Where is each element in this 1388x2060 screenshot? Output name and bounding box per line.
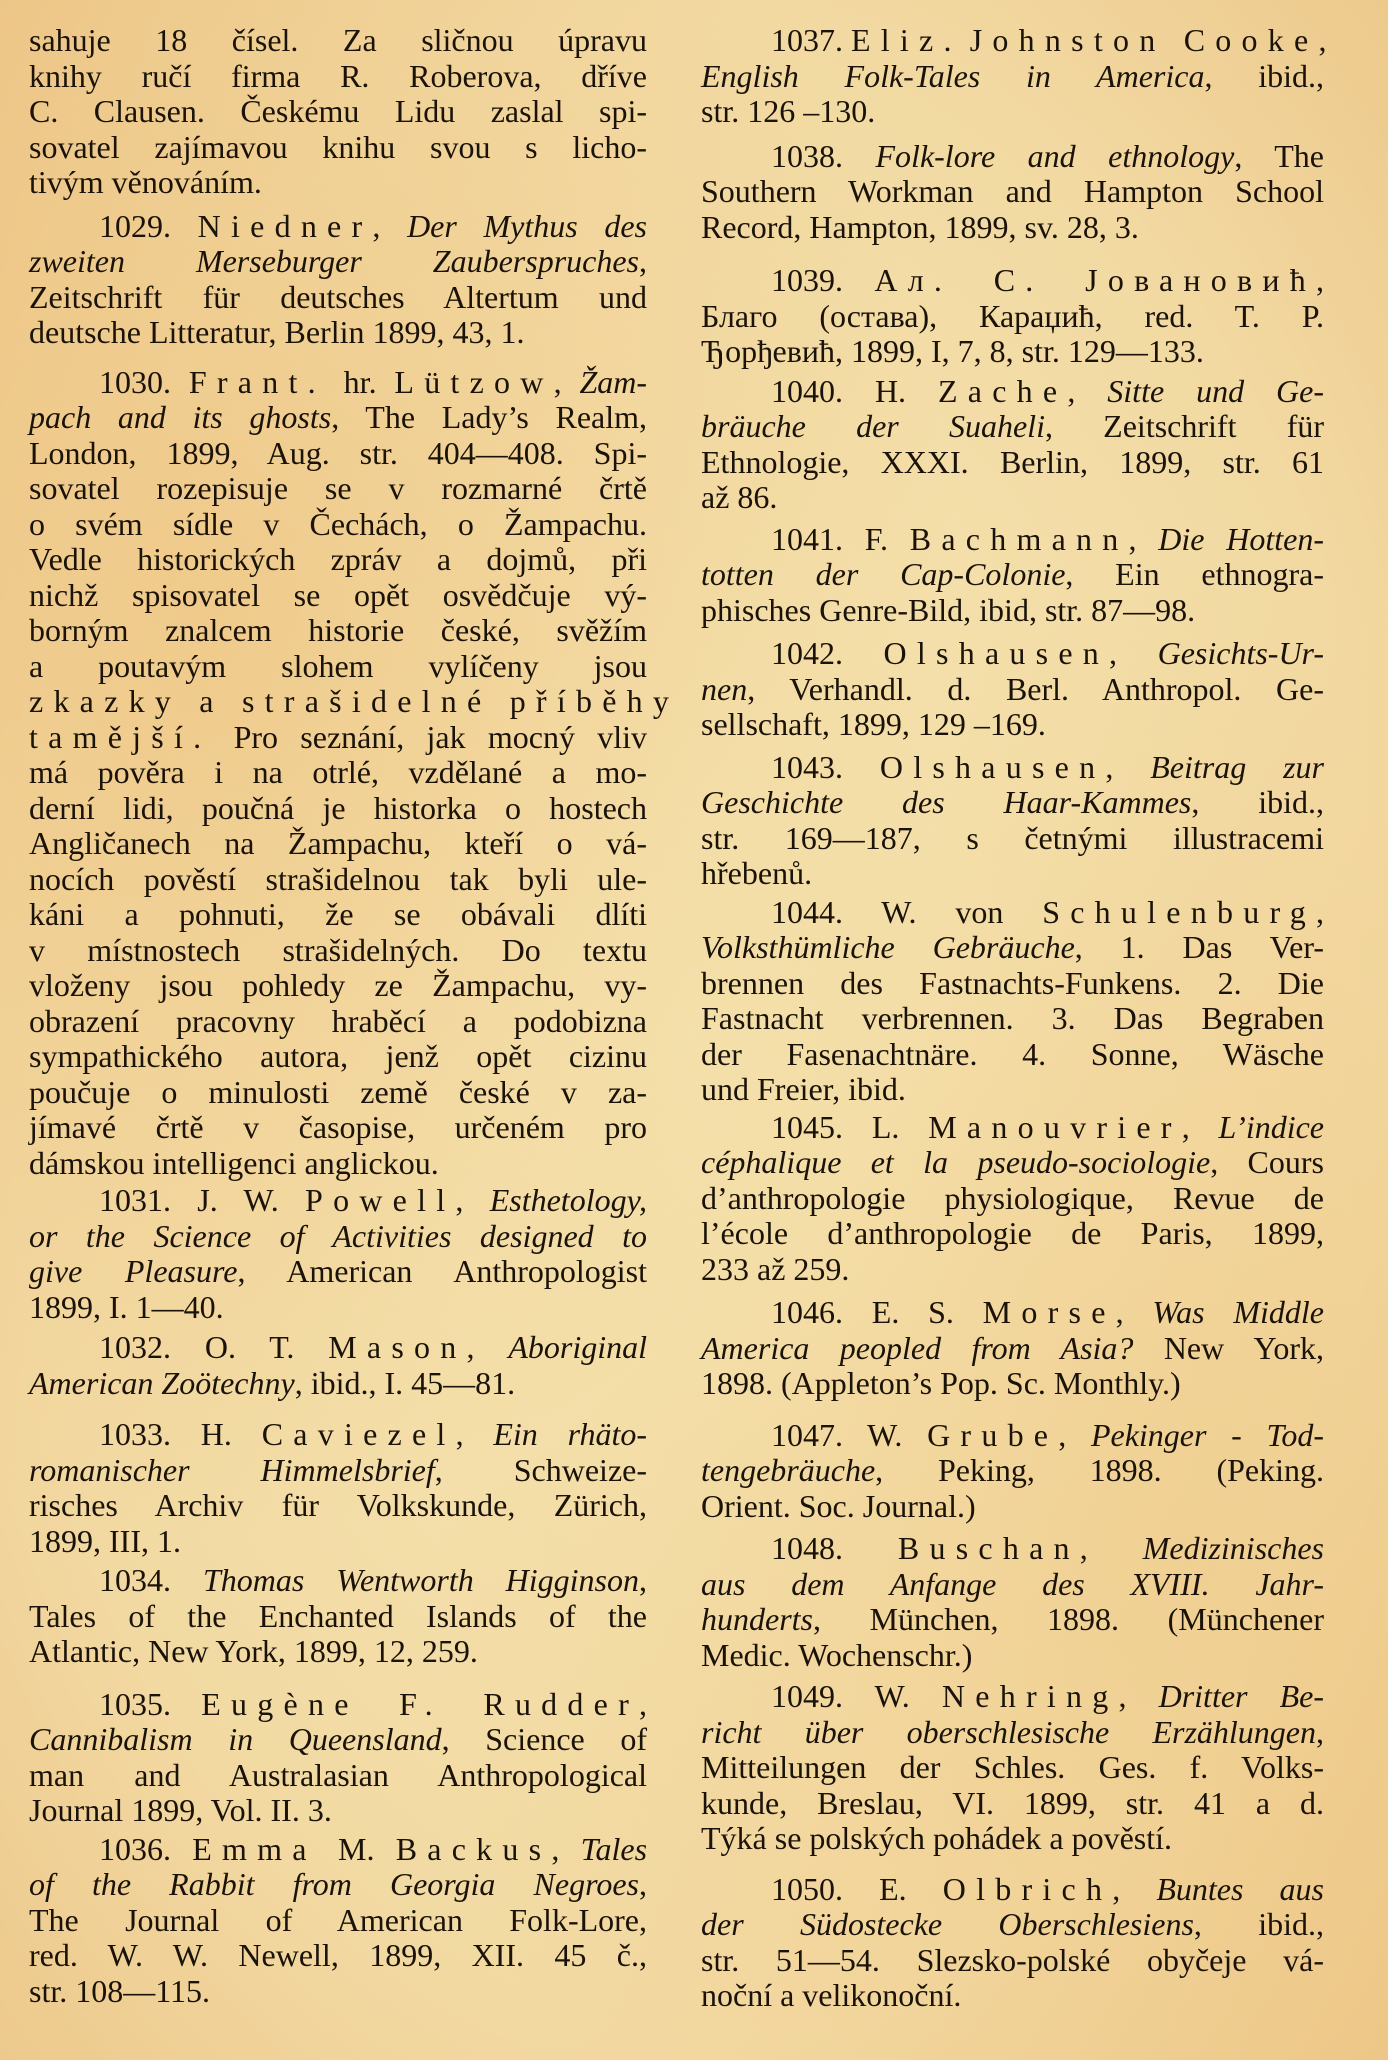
text-run: l’école d’anthropologie de Paris, 1899, xyxy=(701,1215,1324,1251)
bibliography-entry-1044: 1044. W. von Schulenburg,Volksthümliche … xyxy=(701,895,1324,1108)
bibliography-entry-1037: 1037. Eliz. Johnston Cooke,English Folk-… xyxy=(701,23,1324,130)
spaced-author-name: Buschan xyxy=(898,1530,1080,1566)
italic-title: tengebräuche xyxy=(701,1452,875,1488)
text-run: New York, xyxy=(1133,1330,1324,1366)
text-line: Southern Workman and Hampton School xyxy=(701,174,1324,210)
text-line: str. 126 –130. xyxy=(701,94,1324,130)
text-run: red. W. W. Newell, 1899, XII. 45 č., xyxy=(29,1937,647,1973)
text-run: 1034. xyxy=(99,1562,203,1598)
text-line: 1040. H. Zache, Sitte und Ge- xyxy=(701,374,1324,410)
text-run: káni a pohnuti, že se obávali dlíti xyxy=(29,896,647,932)
bibliography-entry-1039: 1039. Ал. С. Јовановић,Благо (остава), К… xyxy=(701,263,1324,370)
text-run: hr. xyxy=(326,364,395,400)
text-line: English Folk-Tales in America, ibid., xyxy=(701,59,1324,95)
text-run: 1899, I. 1—40. xyxy=(29,1289,224,1325)
text-run: Record, Hampton, 1899, sv. 28, 3. xyxy=(701,209,1139,245)
text-run: , xyxy=(639,1866,647,1902)
text-run: Medic. Wochenschr.) xyxy=(701,1637,972,1673)
bibliography-entry-1045: 1045. L. Manouvrier, L’indicecéphalique … xyxy=(701,1110,1324,1288)
text-line: kunde, Breslau, VI. 1899, str. 41 a d. xyxy=(701,1786,1324,1822)
text-run: , xyxy=(1316,262,1324,298)
text-line: romanischer Himmelsbrief, Schweize- xyxy=(29,1453,647,1489)
text-line: 1048. Buschan, Medizinisches xyxy=(701,1531,1324,1567)
text-run: str. 126 –130. xyxy=(701,93,875,129)
text-line: borným znalcem historie české, svěžím xyxy=(29,613,647,649)
text-run: , The xyxy=(1234,138,1324,174)
italic-title: Der Mythus des xyxy=(407,208,647,244)
text-run: 1035. xyxy=(99,1686,201,1722)
text-run: C. Clausen. Českému Lidu zaslal spi- xyxy=(29,93,647,129)
text-run: 1898. (Appleton’s Pop. Sc. Monthly.) xyxy=(701,1365,1181,1401)
italic-title: Thomas Wentworth Higginson xyxy=(203,1562,639,1598)
spaced-author-name: Powell xyxy=(305,1182,455,1218)
text-line: American Zoötechny, ibid., I. 45—81. xyxy=(29,1366,647,1402)
text-line: Cannibalism in Queensland, Science of xyxy=(29,1722,647,1758)
italic-title: bräuche der Suaheli xyxy=(701,408,1045,444)
spaced-author-name: Backus xyxy=(396,1831,552,1867)
spaced-author-name: Olbrich xyxy=(943,1871,1112,1907)
text-run: risches Archiv für Volkskunde, Zürich, xyxy=(29,1487,647,1523)
text-line: Mitteilungen der Schles. Ges. f. Volks- xyxy=(701,1750,1324,1786)
spaced-author-name: Morse xyxy=(983,1294,1116,1330)
italic-title: Volksthümliche Gebräuche xyxy=(701,929,1075,965)
text-line: Ethnologie, XXXI. Berlin, 1899, str. 61 xyxy=(701,445,1324,481)
text-line: céphalique et la pseudo-sociologie, Cour… xyxy=(701,1145,1324,1181)
text-run: , Ein ethnogra- xyxy=(1065,556,1324,592)
text-run: 1046. E. S. xyxy=(771,1294,983,1330)
text-line: 1042. Olshausen, Gesichts-Ur- xyxy=(701,636,1324,672)
italic-title: der Südostecke Oberschlesiens xyxy=(701,1906,1194,1942)
spaced-author-name: Emma xyxy=(192,1831,317,1867)
text-run: str. 108—115. xyxy=(29,1973,210,2009)
italic-title: Gesichts-Ur- xyxy=(1158,635,1324,671)
text-run: , xyxy=(639,1562,647,1598)
text-run: Tales of the Enchanted Islands of the xyxy=(29,1598,647,1634)
text-line: 1029. Niedner, Der Mythus des xyxy=(29,209,647,245)
text-run: 1030. xyxy=(99,364,189,400)
text-line: brennen des Fastnachts-Funkens. 2. Die xyxy=(701,966,1324,1002)
text-run: d’anthropologie physiologique, Revue de xyxy=(701,1180,1324,1216)
text-run: , xyxy=(455,1182,489,1218)
text-line: bräuche der Suaheli, Zeitschrift für xyxy=(701,409,1324,445)
italic-title: Beitrag zur xyxy=(1150,749,1324,785)
text-run: 1042. xyxy=(771,635,884,671)
italic-title: L’indice xyxy=(1219,1109,1324,1145)
italic-title: hunderts xyxy=(701,1601,813,1637)
italic-title: nen xyxy=(701,671,747,707)
spaced-author-name: Schulenburg xyxy=(1042,894,1316,930)
text-run: Pro seznání, jak mocný vliv xyxy=(211,719,647,755)
text-line: sovatel zajímavou knihu svou s licho- xyxy=(29,130,647,166)
italic-title: Sitte und Ge- xyxy=(1107,373,1324,409)
text-run: Journal 1899, Vol. II. 3. xyxy=(29,1792,332,1828)
text-run: , xyxy=(1116,1294,1153,1330)
text-line: tengebräuche, Peking, 1898. (Peking. xyxy=(701,1453,1324,1489)
italic-title: Die Hotten- xyxy=(1158,521,1324,557)
text-line: 1035. Eugène F. Rudder, xyxy=(29,1687,647,1723)
bibliography-entry-1031: 1031. J. W. Powell, Esthetology,or the S… xyxy=(29,1183,647,1325)
text-run: 1048. xyxy=(771,1530,898,1566)
text-line: hunderts, München, 1898. (Münchener xyxy=(701,1602,1324,1638)
text-run: London, 1899, Aug. str. 404—408. Spi- xyxy=(29,435,647,471)
text-line: 1045. L. Manouvrier, L’indice xyxy=(701,1110,1324,1146)
left-column: sahuje 18 čísel. Za sličnou úpravuknihy … xyxy=(29,0,647,2009)
text-run: , xyxy=(467,1329,509,1365)
text-run: sovatel rozepisuje se v rozmarné črtě xyxy=(29,470,647,506)
bibliography-entry-1034: 1034. Thomas Wentworth Higginson,Tales o… xyxy=(29,1563,647,1670)
text-run: v místnostech strašidelných. Do textu xyxy=(29,932,647,968)
bibliography-entry-1035: 1035. Eugène F. Rudder,Cannibalism in Qu… xyxy=(29,1687,647,1829)
text-line: má pověra i na otrlé, vzdělané a mo- xyxy=(29,755,647,791)
italic-title: America peopled from Asia? xyxy=(701,1330,1133,1366)
text-run: , ibid., I. 45—81. xyxy=(295,1365,515,1401)
text-line: phisches Genre-Bild, ibid, str. 87—98. xyxy=(701,593,1324,629)
text-run: , xyxy=(1109,635,1158,671)
text-run: 1029. xyxy=(99,208,198,244)
text-line: 1049. W. Nehring, Dritter Be- xyxy=(701,1679,1324,1715)
text-line: und Freier, ibid. xyxy=(701,1072,1324,1108)
italic-title: Ein rhäto- xyxy=(493,1416,647,1452)
text-run: , ibid., xyxy=(1204,58,1324,94)
spaced-author-name: Zache xyxy=(938,373,1067,409)
text-run: 1049. W. xyxy=(771,1678,942,1714)
text-run: 1899, III, 1. xyxy=(29,1523,181,1559)
text-line: give Pleasure, American Anthropologist xyxy=(29,1254,647,1290)
text-run: 1031. J. W. xyxy=(99,1182,305,1218)
text-run: nichž spisovatel se opět osvědčuje vý- xyxy=(29,577,647,613)
text-line: 1033. H. Caviezel, Ein rhäto- xyxy=(29,1417,647,1453)
spaced-author-name: Eugène F. Rudder xyxy=(201,1686,639,1722)
text-run: 1047. W. xyxy=(771,1417,927,1453)
italic-title: of the Rabbit from Georgia Negroes xyxy=(29,1866,639,1902)
text-run: The Journal of American Folk-Lore, xyxy=(29,1902,647,1938)
text-run: o svém sídle v Čechách, o Žampachu. xyxy=(29,506,647,542)
italic-title: American Zoötechny xyxy=(29,1365,295,1401)
text-line: 1043. Olshausen, Beitrag zur xyxy=(701,750,1324,786)
text-line: nen, Verhandl. d. Berl. Anthropol. Ge- xyxy=(701,672,1324,708)
text-run: obrazení pracovny hraběcí a podobizna xyxy=(29,1003,647,1039)
text-line: or the Science of Activities designed to xyxy=(29,1219,647,1255)
bibliography-entry-1049: 1049. W. Nehring, Dritter Be-richt über … xyxy=(701,1679,1324,1857)
text-run: noční a velikonoční. xyxy=(701,1977,961,2013)
text-line: káni a pohnuti, že se obávali dlíti xyxy=(29,897,647,933)
italic-title: Medizinisches xyxy=(1143,1530,1324,1566)
text-run: dámskou intelligenci anglickou. xyxy=(29,1145,439,1181)
text-run: Ђорђевић, 1899, I, 7, 8, str. 129—133. xyxy=(701,333,1204,369)
continued-paragraph: sahuje 18 čísel. Za sličnou úpravuknihy … xyxy=(29,23,647,201)
text-run: deutsche Litteratur, Berlin 1899, 43, 1. xyxy=(29,314,524,350)
text-run: 1036. xyxy=(99,1831,192,1867)
text-run: 1041. F. xyxy=(771,521,910,557)
spaced-author-name: Caviezel xyxy=(262,1416,456,1452)
text-line: America peopled from Asia? New York, xyxy=(701,1331,1324,1367)
text-line: 1898. (Appleton’s Pop. Sc. Monthly.) xyxy=(701,1366,1324,1402)
italic-title: céphalique et la pseudo-sociologie xyxy=(701,1144,1210,1180)
italic-title: Esthetology, xyxy=(490,1182,647,1218)
text-run xyxy=(962,22,970,58)
text-line: zkazky a strašidelné příběhy xyxy=(29,684,647,720)
spaced-author-name: tamější. xyxy=(29,719,211,755)
text-run: 1045. L. xyxy=(771,1109,928,1145)
text-run: , Verhandl. d. Berl. Anthropol. Ge- xyxy=(747,671,1324,707)
text-line: richt über oberschlesische Erzählungen, xyxy=(701,1715,1324,1751)
text-line: Ђорђевић, 1899, I, 7, 8, str. 129—133. xyxy=(701,334,1324,370)
text-run: , xyxy=(1318,22,1326,58)
text-run: 1033. H. xyxy=(99,1416,262,1452)
italic-title: Tales xyxy=(581,1831,647,1867)
text-line: d’anthropologie physiologique, Revue de xyxy=(701,1181,1324,1217)
spaced-author-name: Nehring xyxy=(942,1678,1119,1714)
text-line: derní lidi, poučná je historka o hostech xyxy=(29,791,647,827)
text-run: knihy ručí firma R. Roberova, dříve xyxy=(29,58,647,94)
text-run: 1037. xyxy=(771,22,851,58)
text-run: Orient. Soc. Journal.) xyxy=(701,1488,976,1524)
italic-title: give Pleasure xyxy=(29,1253,237,1289)
text-run: , 1. Das Ver- xyxy=(1075,929,1324,965)
text-line: poučuje o minulosti země české v za- xyxy=(29,1075,647,1111)
text-run: Southern Workman and Hampton School xyxy=(701,173,1324,209)
text-run: , xyxy=(551,1831,580,1867)
bibliography-entry-1038: 1038. Folk-lore and ethnology, TheSouthe… xyxy=(701,139,1324,246)
text-line: 1047. W. Grube, Pekinger - Tod- xyxy=(701,1418,1324,1454)
text-run: Ethnologie, XXXI. Berlin, 1899, str. 61 xyxy=(701,444,1324,480)
text-run: , München, 1898. (Münchener xyxy=(813,1601,1324,1637)
text-line: nocích pověstí strašidelnou tak byli ule… xyxy=(29,862,647,898)
text-line: of the Rabbit from Georgia Negroes, xyxy=(29,1867,647,1903)
text-run: 1043. xyxy=(771,749,880,785)
top-margin xyxy=(29,0,647,23)
text-run: , xyxy=(639,243,647,279)
italic-title: Pekinger - Tod- xyxy=(1091,1417,1324,1453)
italic-title: aus dem Anfange des XVIII. Jahr- xyxy=(701,1566,1324,1602)
text-run: sellschaft, 1899, 129 –169. xyxy=(701,706,1046,742)
text-line: 1031. J. W. Powell, Esthetology, xyxy=(29,1183,647,1219)
text-run: , xyxy=(1316,894,1324,930)
text-line: 1036. Emma M. Backus, Tales xyxy=(29,1832,647,1868)
spaced-author-name: Mason xyxy=(328,1329,466,1365)
bibliography-entry-1050: 1050. E. Olbrich, Buntes ausder Südostec… xyxy=(701,1872,1324,2014)
text-run: , The Lady’s Realm, xyxy=(331,399,647,435)
text-run: Týká se polských pohádek a pověstí. xyxy=(701,1820,1172,1856)
text-run: sympathického autora, jenž opět cizinu xyxy=(29,1038,647,1074)
text-line: noční a velikonoční. xyxy=(701,1978,1324,2014)
text-run: , American Anthropologist xyxy=(237,1253,647,1289)
text-line: Volksthümliche Gebräuche, 1. Das Ver- xyxy=(701,930,1324,966)
italic-title: Buntes aus xyxy=(1156,1871,1324,1907)
italic-title: Žam- xyxy=(579,364,647,400)
italic-title: Was Middle xyxy=(1152,1294,1324,1330)
text-line: Orient. Soc. Journal.) xyxy=(701,1489,1324,1525)
text-line: až 86. xyxy=(701,480,1324,516)
text-line: Týká se polských pohádek a pověstí. xyxy=(701,1821,1324,1857)
text-line: der Südostecke Oberschlesiens, ibid., xyxy=(701,1907,1324,1943)
text-run: Atlantic, New York, 1899, 12, 259. xyxy=(29,1633,478,1669)
text-run: Zeitschrift für deutsches Altertum und xyxy=(29,279,647,315)
spaced-author-name: Bachmann xyxy=(910,521,1129,557)
text-run: , Schweize- xyxy=(435,1452,647,1488)
text-line: C. Clausen. Českému Lidu zaslal spi- xyxy=(29,94,647,130)
text-line: Vedle historických zpráv a dojmů, při xyxy=(29,542,647,578)
italic-title: Folk-lore and ethnology xyxy=(876,138,1235,174)
text-line: v místnostech strašidelných. Do textu xyxy=(29,933,647,969)
text-run: Fastnacht verbrennen. 3. Das Begraben xyxy=(701,1000,1324,1036)
italic-title: English Folk-Tales in America xyxy=(701,58,1204,94)
text-line: 1044. W. von Schulenburg, xyxy=(701,895,1324,931)
text-line: totten der Cap-Colonie, Ein ethnogra- xyxy=(701,557,1324,593)
text-run: , Cours xyxy=(1210,1144,1324,1180)
text-line: nichž spisovatel se opět osvědčuje vý- xyxy=(29,578,647,614)
text-line: Medic. Wochenschr.) xyxy=(701,1638,1324,1674)
text-run: 1032. O. T. xyxy=(99,1329,328,1365)
text-run: 1040. H. xyxy=(771,373,938,409)
text-run: , xyxy=(1316,1714,1324,1750)
text-run: hřebenů. xyxy=(701,855,812,891)
right-column: 1037. Eliz. Johnston Cooke,English Folk-… xyxy=(701,0,1324,2014)
text-run: borným znalcem historie české, svěžím xyxy=(29,612,647,648)
text-line: Tales of the Enchanted Islands of the xyxy=(29,1599,647,1635)
text-run: , xyxy=(1182,1109,1219,1145)
spaced-author-name: Johnston Cooke xyxy=(970,22,1319,58)
text-line: str. 108—115. xyxy=(29,1974,647,2010)
text-run: až 86. xyxy=(701,479,777,515)
text-line: 1046. E. S. Morse, Was Middle xyxy=(701,1295,1324,1331)
text-line: Journal 1899, Vol. II. 3. xyxy=(29,1793,647,1829)
text-line: Geschichte des Haar-Kammes, ibid., xyxy=(701,785,1324,821)
text-run: str. 51—54. Slezsko-polské obyčeje vá- xyxy=(701,1942,1324,1978)
bibliography-entry-1036: 1036. Emma M. Backus, Talesof the Rabbit… xyxy=(29,1832,647,2010)
italic-title: or the Science of Activities designed to xyxy=(29,1218,647,1254)
text-run: , Science of xyxy=(442,1721,647,1757)
italic-title: romanischer Himmelsbrief xyxy=(29,1452,435,1488)
text-line: tivým věnováním. xyxy=(29,165,647,201)
italic-title: Geschichte des Haar-Kammes xyxy=(701,784,1191,820)
bibliography-entry-1048: 1048. Buschan, Medizinischesaus dem Anfa… xyxy=(701,1531,1324,1673)
text-line: Atlantic, New York, 1899, 12, 259. xyxy=(29,1634,647,1670)
text-line: Angličanech na Žampachu, kteří o vá- xyxy=(29,826,647,862)
text-run: , xyxy=(1118,1678,1158,1714)
text-run: 1038. xyxy=(771,138,876,174)
text-run: vloženy jsou pohledy ze Žampachu, vy- xyxy=(29,967,647,1003)
text-line: obrazení pracovny hraběcí a podobizna xyxy=(29,1004,647,1040)
bibliography-entry-1030: 1030. Frant. hr. Lützow, Žam-pach and it… xyxy=(29,365,647,1182)
text-line: zweiten Merseburger Zauberspruches, xyxy=(29,244,647,280)
text-line: 1034. Thomas Wentworth Higginson, xyxy=(29,1563,647,1599)
spaced-author-name: Olshausen xyxy=(884,635,1109,671)
italic-title: Cannibalism in Queensland xyxy=(29,1721,442,1757)
text-line: sovatel rozepisuje se v rozmarné črtě xyxy=(29,471,647,507)
bibliography-entry-1032: 1032. O. T. Mason, AboriginalAmerican Zo… xyxy=(29,1330,647,1401)
text-run: poučuje o minulosti země české v za- xyxy=(29,1074,647,1110)
text-run: , xyxy=(639,1686,647,1722)
text-line: red. W. W. Newell, 1899, XII. 45 č., xyxy=(29,1938,647,1974)
spaced-author-name: Eliz. xyxy=(851,22,962,58)
text-line: str. 169—187, s četnými illustracemi xyxy=(701,821,1324,857)
text-line: Благо (остава), Караџић, red. T. P. xyxy=(701,299,1324,335)
text-line: 1899, I. 1—40. xyxy=(29,1290,647,1326)
text-run: , ibid., xyxy=(1191,784,1324,820)
spaced-author-name: Ал. С. Јовановић xyxy=(874,262,1316,298)
text-line: jímavé črtě v časopise, určeném pro xyxy=(29,1110,647,1146)
text-run: Angličanech na Žampachu, kteří o vá- xyxy=(29,825,647,861)
text-run: , xyxy=(1080,1530,1143,1566)
top-margin xyxy=(701,0,1324,23)
text-run: man and Australasian Anthropological xyxy=(29,1757,647,1793)
text-run: , xyxy=(1058,1417,1091,1453)
text-run: má pověra i na otrlé, vzdělané a mo- xyxy=(29,754,647,790)
text-line: man and Australasian Anthropological xyxy=(29,1758,647,1794)
text-run: und Freier, ibid. xyxy=(701,1071,906,1107)
bibliography-entry-1046: 1046. E. S. Morse, Was MiddleAmerica peo… xyxy=(701,1295,1324,1402)
italic-title: totten der Cap-Colonie xyxy=(701,556,1065,592)
italic-title: zweiten Merseburger Zauberspruches xyxy=(29,243,639,279)
text-run: , xyxy=(372,208,407,244)
text-run: kunde, Breslau, VI. 1899, str. 41 a d. xyxy=(701,1785,1324,1821)
text-line: str. 51—54. Slezsko-polské obyčeje vá- xyxy=(701,1943,1324,1979)
text-line: dámskou intelligenci anglickou. xyxy=(29,1146,647,1182)
text-line: 1899, III, 1. xyxy=(29,1524,647,1560)
italic-title: Dritter Be- xyxy=(1159,1678,1324,1714)
text-run: Vedle historických zpráv a dojmů, při xyxy=(29,541,647,577)
text-line: risches Archiv für Volkskunde, Zürich, xyxy=(29,1488,647,1524)
text-line: hřebenů. xyxy=(701,856,1324,892)
text-run: 1050. E. xyxy=(771,1871,943,1907)
spaced-author-name: Frant. xyxy=(189,364,326,400)
text-run: nocích pověstí strašidelnou tak byli ule… xyxy=(29,861,647,897)
text-run: , xyxy=(1067,373,1107,409)
text-run: 1044. W. von xyxy=(771,894,1042,930)
text-line: 1041. F. Bachmann, Die Hotten- xyxy=(701,522,1324,558)
text-run: jímavé črtě v časopise, určeném pro xyxy=(29,1109,647,1145)
text-line: tamější. Pro seznání, jak mocný vliv xyxy=(29,720,647,756)
spaced-author-name: zkazky a strašidelné příběhy xyxy=(29,683,679,719)
text-line: Record, Hampton, 1899, sv. 28, 3. xyxy=(701,210,1324,246)
text-line: 1050. E. Olbrich, Buntes aus xyxy=(701,1872,1324,1908)
text-line: o svém sídle v Čechách, o Žampachu. xyxy=(29,507,647,543)
text-line: 233 až 259. xyxy=(701,1252,1324,1288)
text-line: aus dem Anfange des XVIII. Jahr- xyxy=(701,1567,1324,1603)
text-run: Благо (остава), Караџић, red. T. P. xyxy=(701,298,1324,334)
text-run: der Fasenachtnäre. 4. Sonne, Wäsche xyxy=(701,1036,1324,1072)
text-run: , ibid., xyxy=(1194,1906,1324,1942)
bibliography-entry-1042: 1042. Olshausen, Gesichts-Ur-nen, Verhan… xyxy=(701,636,1324,743)
text-run: , Zeitschrift für xyxy=(1045,408,1324,444)
spaced-author-name: Manouvrier xyxy=(928,1109,1181,1145)
text-line: Fastnacht verbrennen. 3. Das Begraben xyxy=(701,1001,1324,1037)
text-run: tivým věnováním. xyxy=(29,164,262,200)
text-run: 1039. xyxy=(771,262,874,298)
bibliography-entry-1033: 1033. H. Caviezel, Ein rhäto-romanischer… xyxy=(29,1417,647,1559)
text-line: sympathického autora, jenž opět cizinu xyxy=(29,1039,647,1075)
text-line: a poutavým slohem vylíčeny jsou xyxy=(29,649,647,685)
text-line: deutsche Litteratur, Berlin 1899, 43, 1. xyxy=(29,315,647,351)
text-line: 1037. Eliz. Johnston Cooke, xyxy=(701,23,1324,59)
text-run: , xyxy=(1112,1871,1156,1907)
spaced-author-name: Niedner xyxy=(198,208,373,244)
text-run: sahuje 18 čísel. Za sličnou úpravu xyxy=(29,22,647,58)
bibliography-entry-1047: 1047. W. Grube, Pekinger - Tod-tengebräu… xyxy=(701,1418,1324,1525)
text-line: vloženy jsou pohledy ze Žampachu, vy- xyxy=(29,968,647,1004)
spaced-author-name: Grube xyxy=(927,1417,1058,1453)
bibliography-entry-1043: 1043. Olshausen, Beitrag zurGeschichte d… xyxy=(701,750,1324,892)
text-run: derní lidi, poučná je historka o hostech xyxy=(29,790,647,826)
text-run: , xyxy=(1129,521,1159,557)
spaced-author-name: Lützow xyxy=(394,364,553,400)
text-run: a poutavým slohem vylíčeny jsou xyxy=(29,648,647,684)
text-run: M. xyxy=(317,1831,396,1867)
italic-title: pach and its ghosts xyxy=(29,399,331,435)
italic-title: richt über oberschlesische Erzählungen xyxy=(701,1714,1316,1750)
text-run: str. 169—187, s četnými illustracemi xyxy=(701,820,1324,856)
